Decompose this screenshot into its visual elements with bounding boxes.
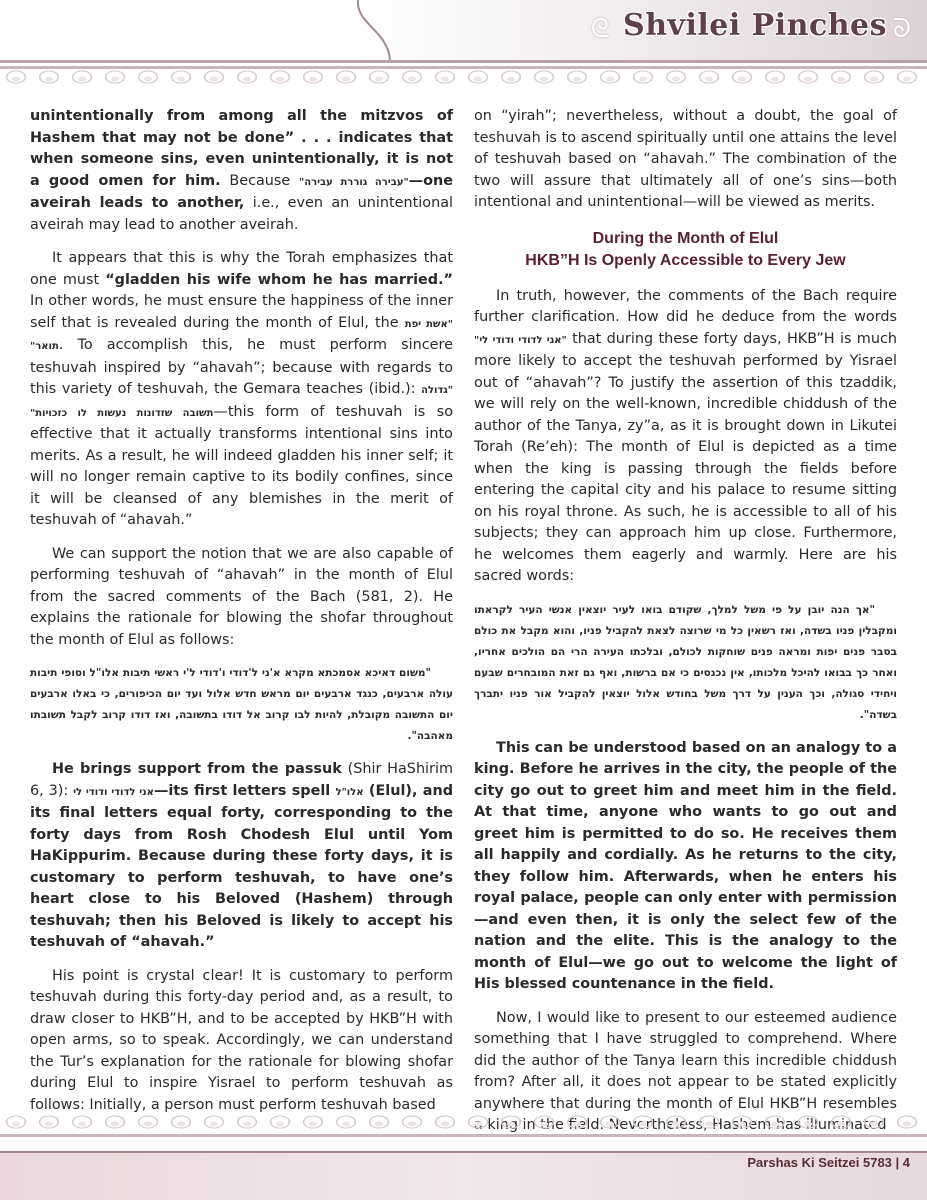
- text: In truth, however, the comments of the B…: [474, 288, 897, 326]
- section-heading-line: During the Month of Elul: [474, 228, 897, 250]
- left-column: unintentionally from among all the mitzv…: [30, 106, 453, 1128]
- publication-title: Shvilei Pinches: [623, 8, 887, 43]
- section-heading-line: HKB”H Is Openly Accessible to Every Jew: [474, 250, 897, 272]
- footer-ornament-border: [0, 1114, 927, 1134]
- swirl-ornament-icon: ᘓ: [591, 14, 609, 45]
- header-rule: [0, 60, 927, 63]
- paragraph: In truth, however, the comments of the B…: [474, 286, 897, 588]
- paragraph-bold: This can be understood based on an analo…: [474, 738, 897, 996]
- text: that during these forty days, HKB”H is m…: [474, 331, 897, 585]
- section-heading: During the Month of Elul HKB”H Is Openly…: [474, 228, 897, 272]
- page-header: ᘓ Shvilei Pinches ᘐ: [0, 0, 927, 100]
- bold-text: (Elul), and its final letters equal fort…: [30, 783, 453, 951]
- paragraph: We can support the notion that we are al…: [30, 544, 453, 652]
- paragraph: It appears that this is why the Torah em…: [30, 248, 453, 532]
- paragraph: on “yirah”; nevertheless, without a doub…: [474, 106, 897, 214]
- footer-rule: [0, 1134, 927, 1137]
- bold-text: “gladden his wife whom he has married.”: [105, 272, 453, 288]
- bold-text: —its first letters spell: [154, 783, 336, 799]
- text: —this form of teshuvah is so effective t…: [30, 404, 453, 529]
- header-ornament-border: [0, 69, 927, 89]
- bold-text: He brings support from the passuk: [52, 761, 342, 777]
- hebrew-quote: אלו"ל: [336, 787, 364, 798]
- paragraph: His point is crystal clear! It is custom…: [30, 966, 453, 1117]
- hebrew-quote: "עבירה גוררת עבירה": [299, 177, 409, 188]
- text: Because: [221, 173, 299, 189]
- text: In other words, he must ensure the happi…: [30, 293, 453, 331]
- text: . To accomplish this, he must perform si…: [30, 337, 453, 397]
- paragraph: unintentionally from among all the mitzv…: [30, 106, 453, 236]
- right-column: on “yirah”; nevertheless, without a doub…: [474, 106, 897, 1149]
- hebrew-block-quote: "אך הנה יובן על פי משל למלך, שקודם בואו …: [474, 600, 897, 726]
- hebrew-quote: אני לדודי ודודי לי: [73, 787, 154, 798]
- hebrew-block-quote: "משום דאיכא אסמכתא מקרא א'ני ל'דודי ו'דו…: [30, 663, 453, 747]
- header-curve-decoration: [340, 0, 420, 64]
- footer-page-label: Parshas Ki Seitzei 5783 | 4: [747, 1155, 910, 1170]
- paragraph: He brings support from the passuk (Shir …: [30, 759, 453, 954]
- hebrew-quote: "אני לדודי ודודי לי": [474, 335, 567, 346]
- swirl-ornament-icon: ᘐ: [893, 14, 911, 45]
